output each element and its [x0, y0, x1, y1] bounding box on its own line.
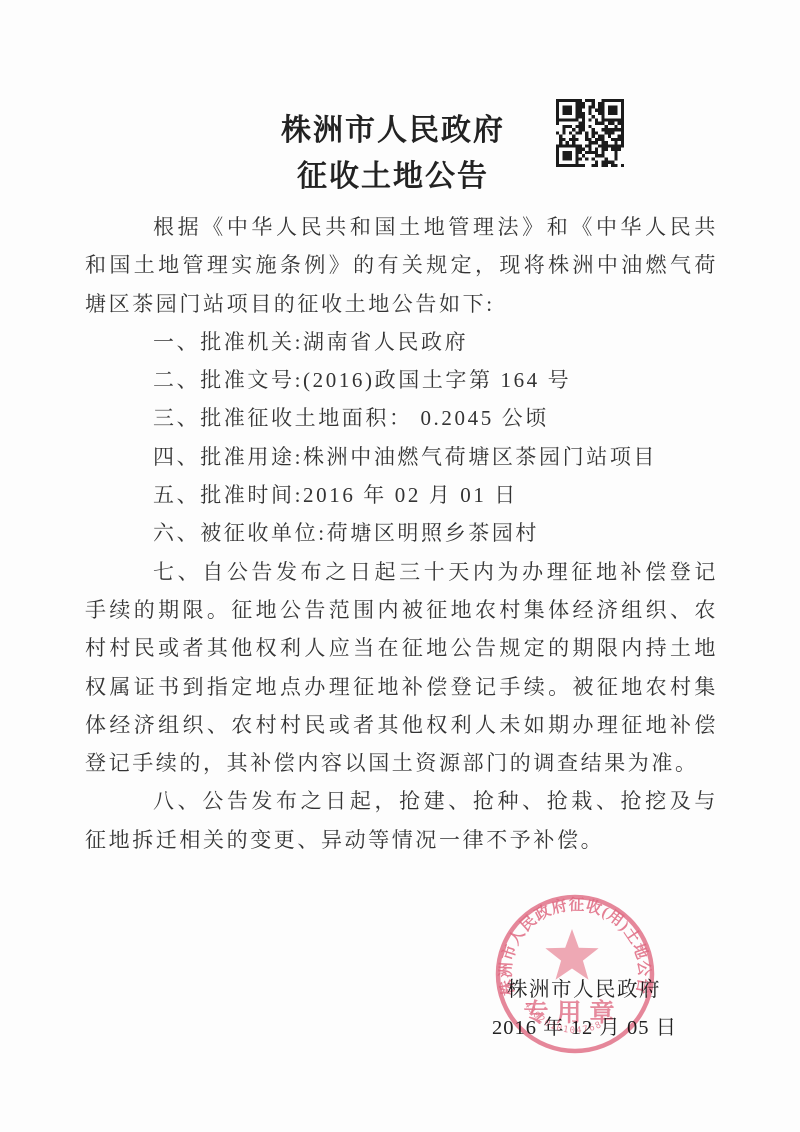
item-5: 五、批准时间:2016 年 02 月 01 日: [85, 476, 718, 514]
item-8: 八、公告发布之日起，抢建、抢种、抢栽、抢挖及与征地拆迁相关的变更、异动等情况一律…: [85, 782, 718, 859]
signature-name: 株洲市人民政府: [507, 972, 661, 1002]
title-line-1: 株洲市人民政府: [0, 108, 786, 154]
intro-paragraph: 根据《中华人民共和国土地管理法》和《中华人民共和国土地管理实施条例》的有关规定，…: [85, 208, 718, 323]
document-title: 株洲市人民政府 征收土地公告: [0, 0, 786, 200]
item-3: 三、批准征收土地面积： 0.2045 公顷: [85, 399, 718, 437]
title-line-2: 征收土地公告: [0, 154, 786, 200]
qr-code-icon: [552, 99, 628, 167]
item-1: 一、批准机关:湖南省人民政府: [85, 323, 718, 361]
item-7: 七、自公告发布之日起三十天内为办理征地补偿登记手续的期限。征地公告范围内被征地农…: [85, 553, 718, 783]
item-4: 四、批准用途:株洲中油燃气荷塘区茶园门站项目: [85, 438, 718, 476]
document-page: 株洲市人民政府 征收土地公告 根据《中华人民共和国土地管理法》和《中华人民共和国…: [0, 0, 800, 1132]
item-2: 二、批准文号:(2016)政国土字第 164 号: [85, 361, 718, 399]
document-body: 根据《中华人民共和国土地管理法》和《中华人民共和国土地管理实施条例》的有关规定，…: [85, 208, 718, 859]
item-6: 六、被征收单位:荷塘区明照乡茶园村: [85, 514, 718, 552]
signature-date: 2016 年 12 月 05 日: [492, 1010, 677, 1040]
